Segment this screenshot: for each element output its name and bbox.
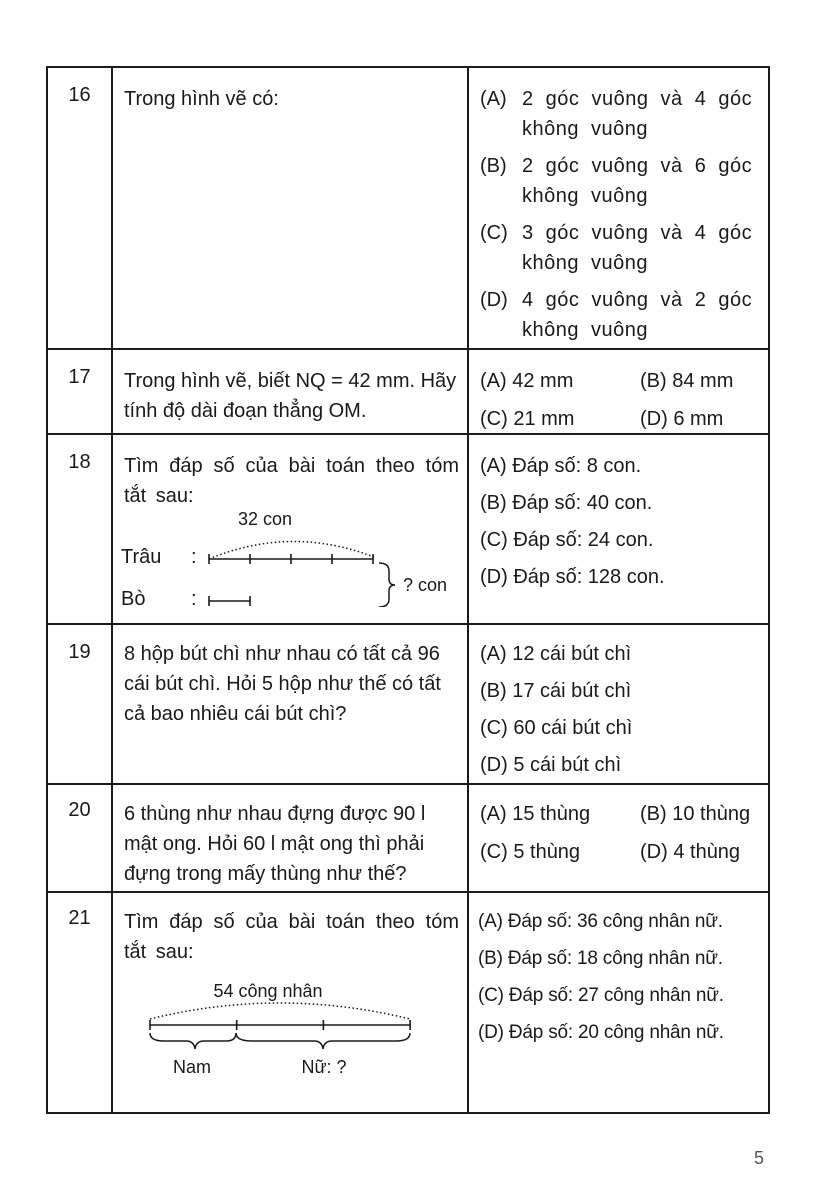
question-table: 16 Trong hình vẽ có: (A)2 góc vuông và 4… (46, 66, 770, 1114)
answer-options: (A) 42 mm (B) 84 mm (C) 21 mm (D) 6 mm (469, 350, 768, 433)
row1-label: Trâu (121, 546, 161, 568)
question-text: 6 thùng như nhau đựng được 90 l mật ong.… (113, 785, 469, 891)
option-a[interactable]: (A) 42 mm (480, 366, 640, 396)
option-c[interactable]: (C) Đáp số: 24 con. (480, 525, 760, 555)
row1-colon: : (191, 546, 197, 568)
option-b[interactable]: (B) 17 cái bút chì (480, 676, 760, 706)
answer-options: (A) 15 thùng (B) 10 thùng (C) 5 thùng (D… (469, 785, 768, 891)
option-d[interactable]: (D) Đáp số: 20 công nhân nữ. (478, 1018, 760, 1048)
question-row-18: 18 Tìm đáp số của bài toán theo tóm tắt … (48, 433, 768, 623)
row1-tape (209, 554, 373, 564)
total-label: 32 con (238, 509, 292, 529)
row2-tape (209, 596, 250, 606)
left-brace-icon (150, 1033, 236, 1049)
total-label: 54 công nhân (213, 981, 322, 1001)
right-label: Nữ: ? (301, 1057, 346, 1077)
option-b[interactable]: (B) 10 thùng (640, 799, 760, 829)
right-brace-icon (236, 1033, 410, 1049)
option-c[interactable]: (C) Đáp số: 27 công nhân nữ. (478, 981, 760, 1011)
option-d[interactable]: (D) 5 cái bút chì (480, 750, 760, 780)
option-b[interactable]: (B) Đáp số: 40 con. (480, 488, 760, 518)
question-cell: Tìm đáp số của bài toán theo tóm tắt sau… (113, 893, 469, 1112)
question-number: 21 (48, 893, 113, 1112)
answer-options: (A)2 góc vuông và 4 góc không vuông (B)2… (469, 68, 768, 348)
question-row-19: 19 8 hộp bút chì như nhau có tất cả 96 c… (48, 623, 768, 783)
question-label: ? con (403, 575, 447, 595)
question-text: Trong hình vẽ, biết NQ = 42 mm. Hãy tính… (113, 350, 469, 433)
question-row-16: 16 Trong hình vẽ có: (A)2 góc vuông và 4… (48, 68, 768, 348)
option-d[interactable]: (D) 6 mm (640, 404, 760, 434)
option-b[interactable]: (B) Đáp số: 18 công nhân nữ. (478, 944, 760, 974)
answer-options: (A) 12 cái bút chì (B) 17 cái bút chì (C… (469, 625, 768, 783)
total-arc (150, 1003, 410, 1019)
option-c[interactable]: (C) 60 cái bút chì (480, 713, 760, 743)
question-text: Tìm đáp số của bài toán theo tóm tắt sau… (124, 907, 459, 967)
question-cell: Tìm đáp số của bài toán theo tóm tắt sau… (113, 435, 469, 623)
option-d[interactable]: (D) 4 thùng (640, 837, 760, 867)
page-number: 5 (754, 1148, 764, 1169)
question-number: 17 (48, 350, 113, 433)
question-text: 8 hộp bút chì như nhau có tất cả 96 cái … (113, 625, 469, 783)
answer-options: (A) Đáp số: 8 con. (B) Đáp số: 40 con. (… (469, 435, 768, 623)
segment-diagram: 54 công nhân Nam Nữ: ? (124, 969, 464, 1099)
question-number: 20 (48, 785, 113, 891)
question-row-17: 17 Trong hình vẽ, biết NQ = 42 mm. Hãy t… (48, 348, 768, 433)
option-a[interactable]: (A) Đáp số: 36 công nhân nữ. (478, 907, 760, 937)
question-number: 19 (48, 625, 113, 783)
option-a[interactable]: (A)2 góc vuông và 4 góc không vuông (480, 84, 760, 144)
option-c[interactable]: (C)3 góc vuông và 4 góc không vuông (480, 218, 760, 278)
option-c[interactable]: (C) 5 thùng (480, 837, 640, 867)
question-number: 16 (48, 68, 113, 348)
option-a[interactable]: (A) Đáp số: 8 con. (480, 451, 760, 481)
option-b[interactable]: (B) 84 mm (640, 366, 760, 396)
option-a[interactable]: (A) 12 cái bút chì (480, 639, 760, 669)
tape-diagram: 32 con Trâu : Bò : ? con (121, 507, 461, 607)
answer-options: (A) Đáp số: 36 công nhân nữ. (B) Đáp số:… (469, 893, 768, 1112)
option-c[interactable]: (C) 21 mm (480, 404, 640, 434)
question-text: Trong hình vẽ có: (113, 68, 469, 348)
row2-colon: : (191, 588, 197, 607)
question-row-21: 21 Tìm đáp số của bài toán theo tóm tắt … (48, 891, 768, 1112)
option-d[interactable]: (D)4 góc vuông và 2 góc không vuông (480, 285, 760, 345)
left-label: Nam (173, 1057, 211, 1077)
question-row-20: 20 6 thùng như nhau đựng được 90 l mật o… (48, 783, 768, 891)
brace-icon (379, 563, 395, 607)
option-d[interactable]: (D) Đáp số: 128 con. (480, 562, 760, 592)
option-b[interactable]: (B)2 góc vuông và 6 góc không vuông (480, 151, 760, 211)
segment-line (150, 1020, 410, 1030)
option-a[interactable]: (A) 15 thùng (480, 799, 640, 829)
question-number: 18 (48, 435, 113, 623)
question-text: Tìm đáp số của bài toán theo tóm tắt sau… (124, 451, 459, 511)
row2-label: Bò (121, 588, 145, 607)
